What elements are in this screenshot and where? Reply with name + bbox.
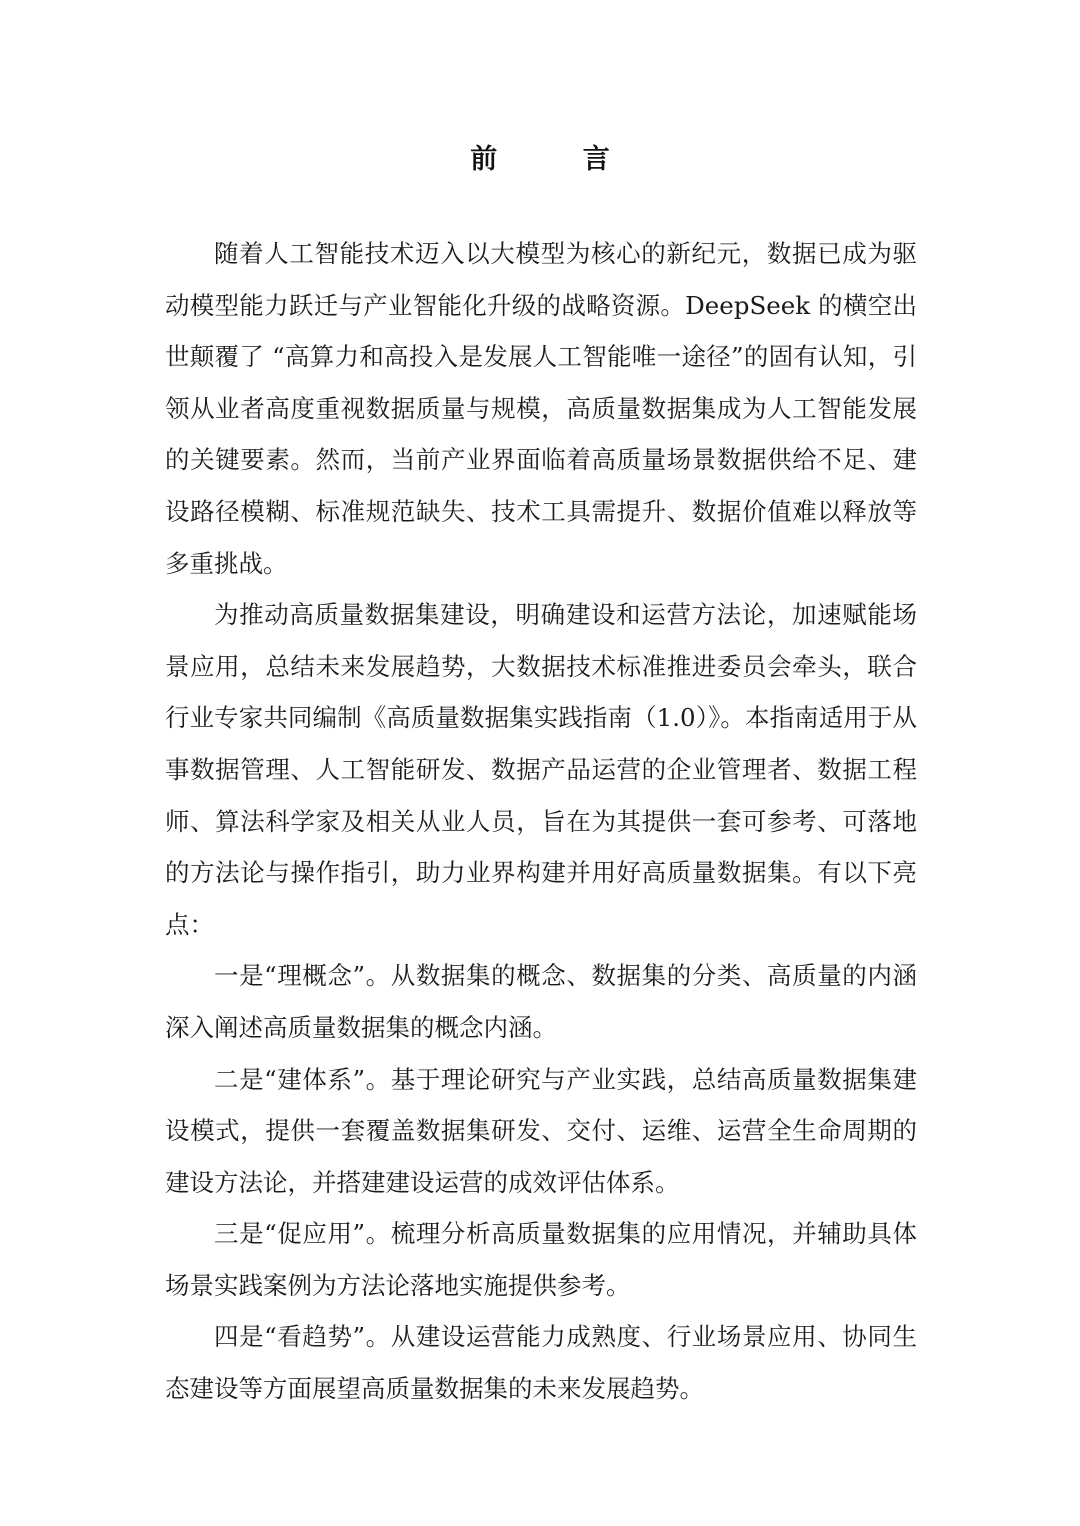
page-title: 前 言 [0,138,1080,182]
paragraph-intro: 随着人工智能技术迈入以大模型为核心的新纪元，数据已成为驱动模型能力跃迁与产业智能… [165,228,917,589]
document-page: 前 言 随着人工智能技术迈入以大模型为核心的新纪元，数据已成为驱动模型能力跃迁与… [0,0,1080,1526]
preface-body: 随着人工智能技术迈入以大模型为核心的新纪元，数据已成为驱动模型能力跃迁与产业智能… [165,228,917,1415]
paragraph-purpose: 为推动高质量数据集建设，明确建设和运营方法论，加速赋能场景应用，总结未来发展趋势… [165,589,917,950]
paragraph-highlight-concept: 一是“理概念”。从数据集的概念、数据集的分类、高质量的内涵深入阐述高质量数据集的… [165,950,917,1053]
paragraph-highlight-trends: 四是“看趋势”。从建设运营能力成熟度、行业场景应用、协同生态建设等方面展望高质量… [165,1311,917,1414]
paragraph-highlight-system: 二是“建体系”。基于理论研究与产业实践，总结高质量数据集建设模式，提供一套覆盖数… [165,1054,917,1209]
paragraph-highlight-application: 三是“促应用”。梳理分析高质量数据集的应用情况，并辅助具体场景实践案例为方法论落… [165,1208,917,1311]
